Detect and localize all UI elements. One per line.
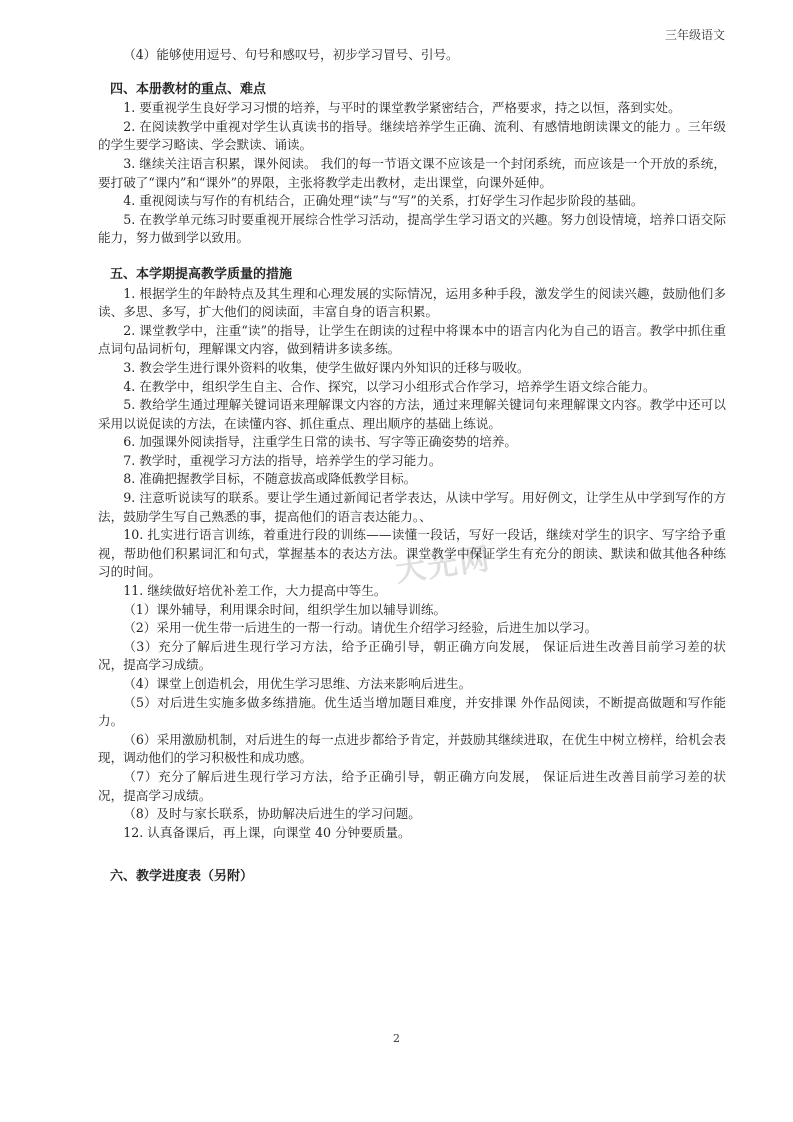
section-heading-schedule: 六、教学进度表（另附） [98,868,726,887]
page-header-title: 三年级语文 [665,26,725,43]
paragraph: 11. 继续做好培优补差工作，大力提高中等生。 [98,582,726,601]
sub-paragraph: （4）课堂上创造机会，用优生学习思维、方法来影响后进生。 [98,675,726,694]
sub-paragraph: （2）采用一优生带一后进生的一帮一行动。请优生介绍学习经验，后进生加以学习。 [98,619,726,638]
paragraph: 12. 认真备课后，再上课，向课堂 40 分钟要质量。 [98,824,726,843]
sub-paragraph: （1）课外辅导，利用课余时间，组织学生加以辅导训练。 [98,601,726,620]
section-heading-key-points: 四、本册教材的重点、难点 [98,81,726,100]
paragraph: 6. 加强课外阅读指导，注重学生日常的读书、写字等正确姿势的培养。 [98,433,726,452]
paragraph: 8. 准确把握教学目标，不随意拔高或降低教学目标。 [98,470,726,489]
sub-paragraph: （7）充分了解后进生现行学习方法，给予正确引导，朝正确方向发展， 保证后进生改善… [98,768,726,805]
sub-paragraph: （3）充分了解后进生现行学习方法，给予正确引导，朝正确方向发展， 保证后进生改善… [98,638,726,675]
document-body: （4）能够使用逗号、句号和感叹号，初步学习冒号、引号。 四、本册教材的重点、难点… [98,46,726,887]
paragraph: 1. 要重视学生良好学习习惯的培养，与平时的课堂教学紧密结合，严格要求，持之以恒… [98,99,726,118]
paragraph: 3. 教会学生进行课外资料的收集，使学生做好课内外知识的迁移与吸收。 [98,359,726,378]
paragraph: 4. 在教学中，组织学生自主、合作、探究，以学习小组形式合作学习，培养学生语文综… [98,378,726,397]
page-number: 2 [0,1032,793,1045]
paragraph: 4. 重视阅读与写作的有机结合，正确处理“读”与“写”的关系，打好学生习作起步阶… [98,192,726,211]
paragraph: 10. 扎实进行语言训练，着重进行段的训练——读懂一段话，写好一段话，继续对学生… [98,526,726,582]
paragraph: 5. 在教学单元练习时要重视开展综合性学习活动，提高学生学习语文的兴趣。努力创设… [98,211,726,248]
section-heading-measures: 五、本学期提高教学质量的措施 [98,266,726,285]
sub-paragraph: （8）及时与家长联系，协助解决后进生的学习问题。 [98,805,726,824]
intro-line: （4）能够使用逗号、句号和感叹号，初步学习冒号、引号。 [98,46,726,65]
paragraph: 9. 注意听说读写的联系。要让学生通过新闻记者学表达，从读中学写。用好例文，让学… [98,489,726,526]
paragraph: 7. 教学时，重视学习方法的指导，培养学生的学习能力。 [98,452,726,471]
paragraph: 3. 继续关注语言积累，课外阅读。 我们的每一节语文课不应该是一个封闭系统，而应… [98,155,726,192]
paragraph: 5. 教给学生通过理解关键词语来理解课文内容的方法，通过来理解关键词句来理解课文… [98,396,726,433]
sub-paragraph: （6）采用激励机制，对后进生的每一点进步都给予肯定，并鼓励其继续进取，在优生中树… [98,731,726,768]
sub-paragraph: （5）对后进生实施多做多练措施。优生适当增加题目难度，并安排课 外作品阅读，不断… [98,694,726,731]
paragraph: 2. 在阅读教学中重视对学生认真读书的指导。继续培养学生正确、流利、有感情地朗读… [98,118,726,155]
paragraph: 1. 根据学生的年龄特点及其生理和心理发展的实际情况，运用多种手段，激发学生的阅… [98,285,726,322]
paragraph: 2. 课堂教学中，注重“读”的指导，让学生在朗读的过程中将课本中的语言内化为自己… [98,322,726,359]
